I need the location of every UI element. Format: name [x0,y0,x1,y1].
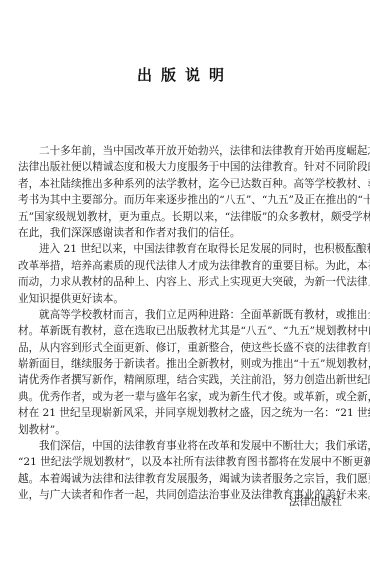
text-line: 我们深信，中国的法律教育事业将在改革和发展中不断壮大；我们承诺，本套 [18,438,354,454]
text-line: 五”国家级规划教材，更为重点。长期以来，“法律版”的众多教材，颇受学林瞩目。 [18,209,354,225]
text-line: 划教材”。 [18,422,354,438]
text-line: 考书为其中主要部分。而历年来逐步推出的“八五”、“九五”及正在推出的“十 [18,192,354,208]
text-line: 请优秀作者撰写新作，精阐原理，结合实践，关注前沿，努力创造出新世纪的新经 [18,372,354,388]
publisher-signature: 法律出版社 [289,494,342,509]
text-line: 材在 21 世纪呈现崭新风采，并同享规划教材之盛，因之统为一名：“21 世纪法学… [18,405,354,421]
text-line: 法律出版社便以精诚态度和极大力度服务于中国的法律教育。针对不同阶段的读 [18,159,354,175]
text-line: 进入 21 世纪以来，中国法律教育在取得长足发展的同时，也积极酝酿和展开 [18,241,354,257]
text-line: 就高等学校教材而言，我们立足两种进路：全面革新既有教材，或推出全新教 [18,307,354,323]
text-line: 二十多年前，当中国改革开放开始勃兴，法律和法律教育开始再度崛起之时， [18,143,354,159]
text-line: 者，本社陆续推出多种系列的法学教材，迄今已达数百种。高等学校教材、教学参 [18,176,354,192]
text-line: 崭新面目，继续服务于新读者。推出全新教材，则或为推出“十五”规划教材，或约 [18,356,354,372]
text-line: 而动，力求从教材的品种上、内容上、形式上实现更大突破，为新一代法律人学取专 [18,274,354,290]
text-line: 改革举措，培养高素质的现代法律人才成为法律教育的重要目标。为此，本社应时 [18,258,354,274]
text-line: 越。本着竭诚为法律和法律教育发展服务，竭诚为读者服务之宗旨，我们愿更加敬 [18,471,354,487]
text-line: 材。革新既有教材，意在选取已出版教材尤其是“八五”、“九五”规划教材中的精 [18,323,354,339]
text-line: “21 世纪法学规划教材”，以及本社所有法律教育图书都将在发展中不断更新和超 [18,454,354,470]
text-line: 业知识提供更好读本。 [18,291,354,307]
text-line: 典。优秀作者，或为老一辈与盛年名家，或为新生代才俊。或革新，或全新，这些教 [18,389,354,405]
text-line: 品，从内容到形式全面更新、修订，重新整合，使这些长盛不衰的法律教育财富，以 [18,340,354,356]
preface-body: 二十多年前，当中国改革开放开始勃兴，法律和法律教育开始再度崛起之时，法律出版社便… [18,143,354,504]
page-title: 出版说明 [0,64,370,85]
text-line: 在此，我们深深感谢读者和作者对我们的信任。 [18,225,354,241]
